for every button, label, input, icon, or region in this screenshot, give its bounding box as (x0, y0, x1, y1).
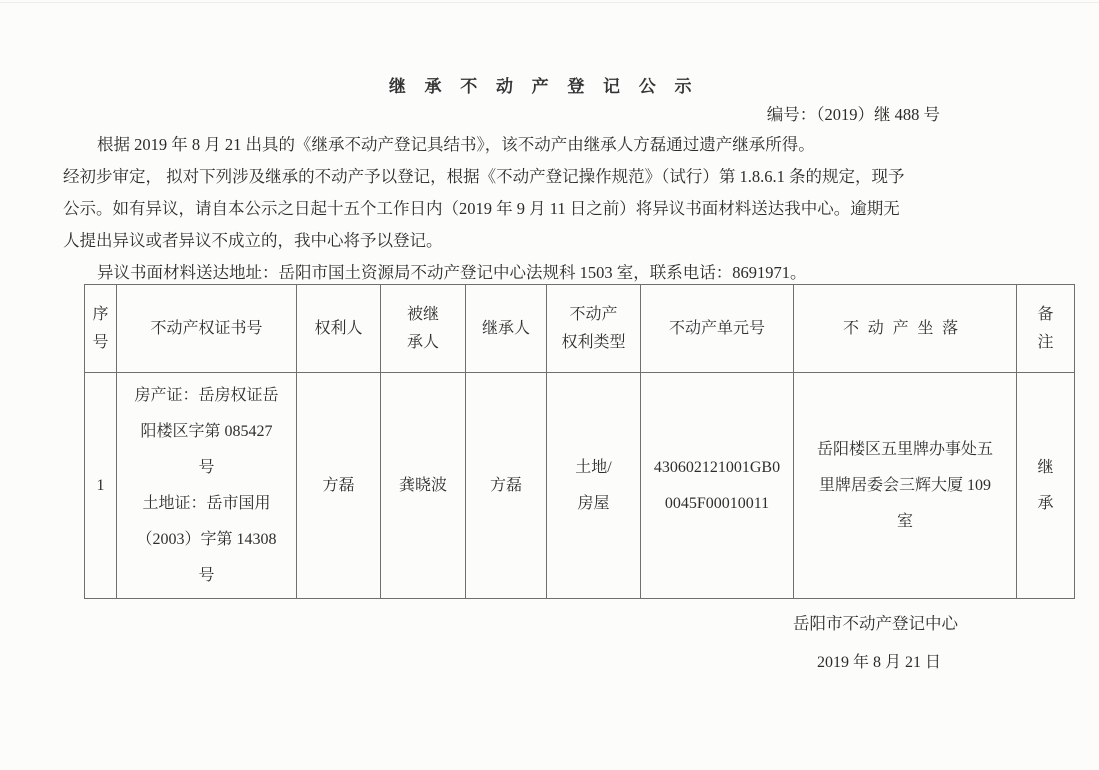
table-header-row: 序 号 不动产权证书号 权利人 被继 承人 继承人 不动产 权利类型 不动产单元… (85, 285, 1075, 373)
header-cert-no: 不动产权证书号 (117, 285, 297, 373)
header-heir: 继承人 (466, 285, 547, 373)
registration-table: 序 号 不动产权证书号 权利人 被继 承人 继承人 不动产 权利类型 不动产单元… (84, 284, 1075, 599)
doc-number: 编号：（2019）继 488 号 (767, 101, 940, 125)
header-unit-no: 不动产单元号 (641, 285, 794, 373)
body-line: 人提出异议或者异议不成立的，我中心将予以登记。 (63, 225, 1063, 257)
cell-remark: 继 承 (1017, 373, 1075, 599)
cell-heir: 方磊 (466, 373, 547, 599)
cell-location: 岳阳楼区五里牌办事处五 里牌居委会三辉大厦 109 室 (794, 373, 1017, 599)
body-line: 根据 2019 年 8 月 21 出具的《继承不动产登记具结书》，该不动产由继承… (63, 129, 1063, 161)
issue-date: 2019 年 8 月 21 日 (817, 649, 941, 672)
table-row: 1 房产证：岳房权证岳 阳楼区字第 085427 号 土地证：岳市国用 （200… (85, 373, 1075, 599)
cell-right-type: 土地/ 房屋 (547, 373, 641, 599)
document-page: 继承不动产登记公示 编号：（2019）继 488 号 根据 2019 年 8 月… (0, 0, 1099, 770)
header-remark: 备 注 (1017, 285, 1075, 373)
cell-unit-no: 430602121001GB0 0045F00010011 (641, 373, 794, 599)
body-line: 经初步审定， 拟对下列涉及继承的不动产予以登记，根据《不动产登记操作规范》（试行… (63, 161, 1063, 193)
header-seq: 序 号 (85, 285, 117, 373)
page-title: 继承不动产登记公示 (0, 72, 1099, 97)
cell-decedent: 龚晓波 (381, 373, 466, 599)
header-right-type: 不动产 权利类型 (547, 285, 641, 373)
header-holder: 权利人 (297, 285, 381, 373)
body-line: 公示。如有异议，请自本公示之日起十五个工作日内（2019 年 9 月 11 日之… (63, 193, 1063, 225)
cell-cert-no: 房产证：岳房权证岳 阳楼区字第 085427 号 土地证：岳市国用 （2003）… (117, 373, 297, 599)
cell-holder: 方磊 (297, 373, 381, 599)
notice-body: 根据 2019 年 8 月 21 出具的《继承不动产登记具结书》，该不动产由继承… (63, 129, 1063, 289)
header-location: 不动产坐落 (794, 285, 1017, 373)
issuing-org: 岳阳市不动产登记中心 (793, 610, 958, 634)
cell-seq: 1 (85, 373, 117, 599)
header-decedent: 被继 承人 (381, 285, 466, 373)
